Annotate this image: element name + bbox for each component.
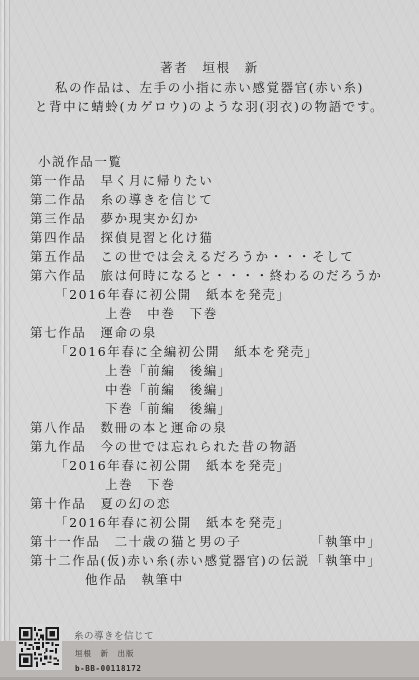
work-item: 第八作品 数冊の本と運命の泉 [30, 420, 227, 436]
work-item: 第十一作品 二十歳の猫と男の子 [30, 534, 242, 550]
intro-line: 私の作品は、左手の小指に赤い感覚器官(赤い糸) [0, 80, 419, 96]
work-note: 「2016年春に全編初公開 紙本を発売」 [55, 344, 319, 360]
work-status: 「執筆中」 [311, 553, 382, 569]
book-title: 糸の導きを信じて [74, 628, 154, 642]
footer-band [0, 641, 419, 680]
work-volumes: 下巻「前編 後編」 [105, 401, 232, 417]
work-volumes: 上巻 中巻 下巻 [105, 306, 218, 322]
qr-code-icon [16, 624, 62, 670]
work-item: 第一作品 早く月に帰りたい [30, 173, 213, 189]
book-cover: 著者 垣根 新 私の作品は、左手の小指に赤い感覚器官(赤い糸) と背中に蜻蛉(カ… [0, 0, 419, 680]
author-line: 著者 垣根 新 [0, 60, 419, 76]
work-note: 「2016年春に初公開 紙本を発売」 [55, 287, 291, 303]
work-item: 第十作品 夏の幻の恋 [30, 496, 171, 512]
intro-line: と背中に蜻蛉(カゲロウ)のような羽(羽衣)の物語です。 [0, 99, 419, 115]
works-heading: 小説作品一覧 [38, 154, 123, 170]
work-volumes: 上巻 下巻 [105, 477, 176, 493]
work-item: 第三作品 夢か現実か幻か [30, 211, 199, 227]
work-item: 第四作品 探偵見習と化け猫 [30, 230, 213, 246]
publisher-label: 垣根 新 出版 [75, 648, 135, 659]
work-volumes: 中巻「前編 後編」 [105, 382, 232, 398]
work-item: 第九作品 今の世では忘れられた昔の物語 [30, 439, 298, 455]
work-note: 「2016年春に初公開 紙本を発売」 [55, 458, 291, 474]
work-status: 「執筆中」 [311, 534, 382, 550]
work-item: 第十二作品(仮)赤い糸(赤い感覚器官)の伝説 [30, 553, 310, 569]
work-note: 「2016年春に初公開 紙本を発売」 [55, 515, 291, 531]
work-item: 第二作品 糸の導きを信じて [30, 192, 213, 208]
work-item: 他作品 執筆中 [85, 572, 184, 588]
work-item: 第五作品 この世では会えるだろうか・・・そして [30, 249, 354, 265]
book-code: b-BB-00118172 [75, 664, 142, 673]
work-item: 第七作品 運命の泉 [30, 325, 157, 341]
work-item: 第六作品 旅は何時になると・・・・終わるのだろうか [30, 268, 383, 284]
work-volumes: 上巻「前編 後編」 [105, 363, 232, 379]
